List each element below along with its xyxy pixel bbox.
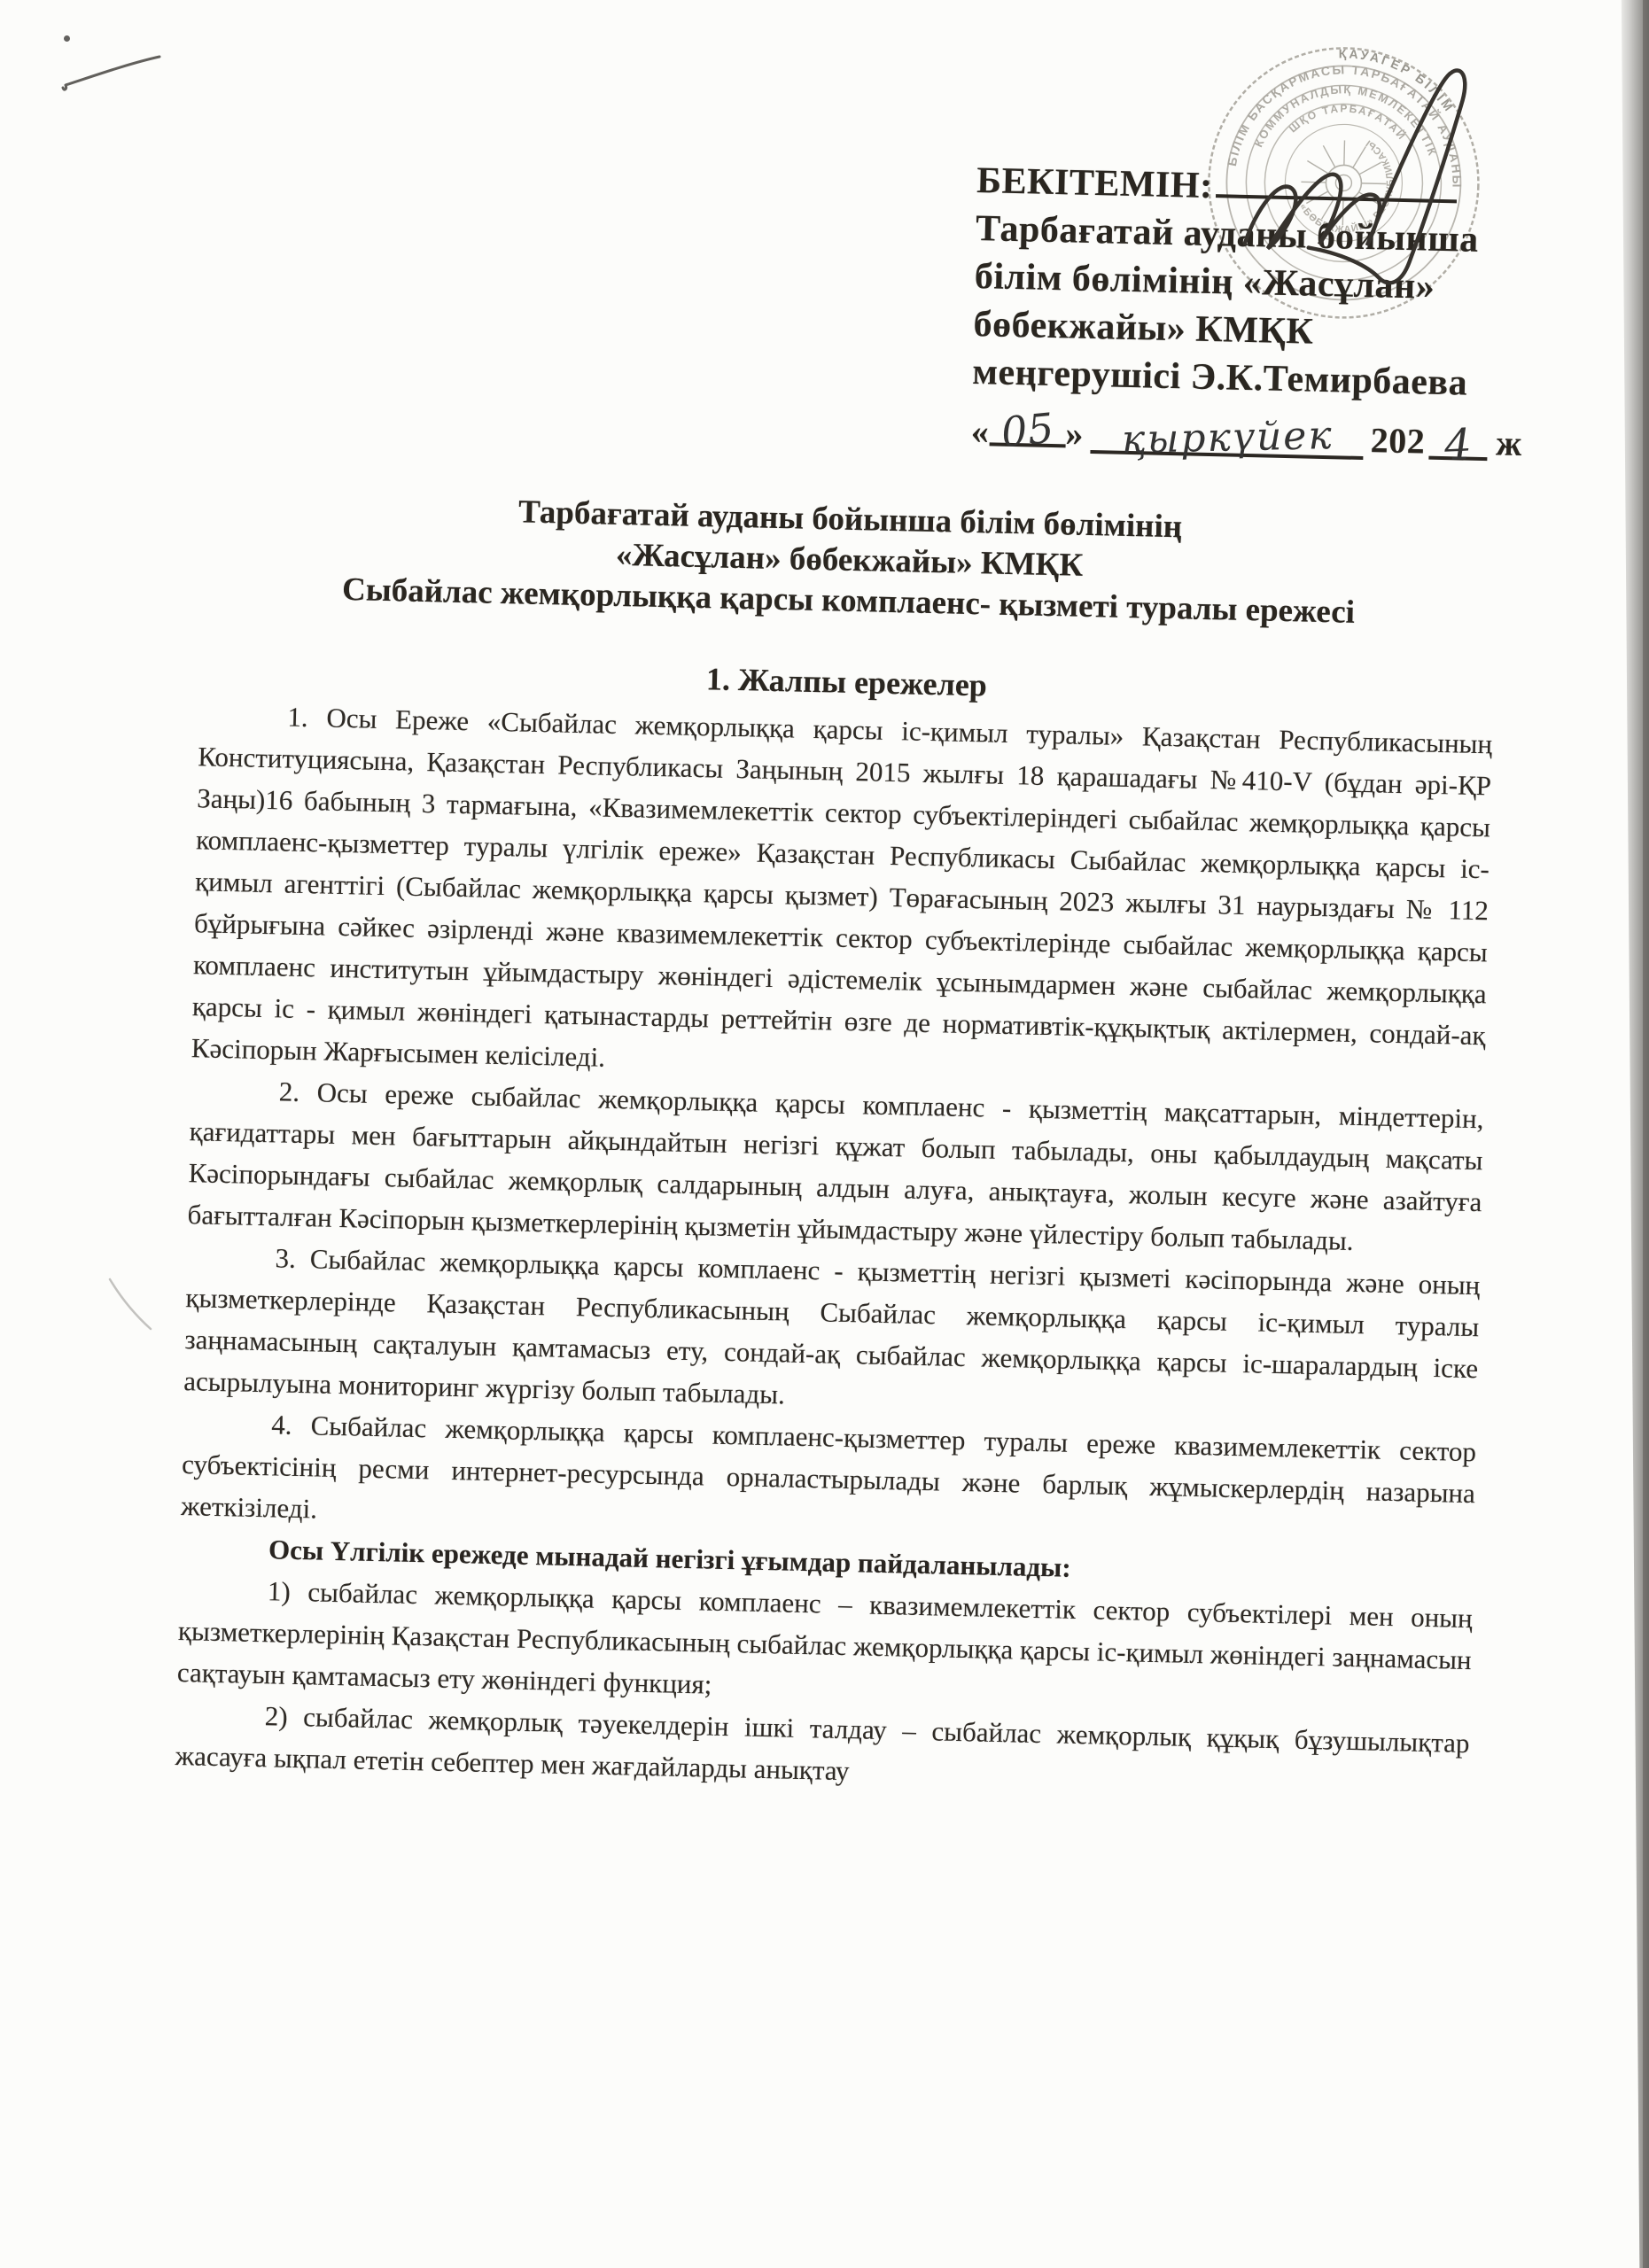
- approval-label: БЕКІТЕМІН:: [976, 160, 1213, 206]
- document-title: Тарбағатай ауданы бойынша білім бөліміні…: [201, 485, 1497, 636]
- quote-close: »: [1065, 413, 1085, 453]
- faint-pen-curve: [105, 1274, 158, 1336]
- handwritten-month: қыркүйек: [1090, 406, 1364, 460]
- document-content: ҚАУАГЕР БІЛІМ БІЛІМ БАСҚАРМАСЫ ТАРБАҒАТА…: [175, 100, 1506, 1806]
- handwritten-day: 05: [989, 401, 1066, 447]
- year-suffix: ж: [1496, 423, 1523, 463]
- signature-scribble: [1208, 61, 1512, 339]
- quote-open: «: [970, 411, 990, 451]
- paragraph-1: 1. Осы Ереже «Сыбайлас жемқорлыққа қарсы…: [191, 694, 1492, 1098]
- handwritten-year-digit: 4: [1428, 412, 1488, 461]
- paragraph-3: 3. Сыбайлас жемқорлыққа қарсы комплаенс …: [183, 1235, 1481, 1431]
- paragraph-2: 2. Осы ереже сыбайлас жемқорлыққа қарсы …: [187, 1068, 1484, 1264]
- pen-stroke-mark: [60, 51, 167, 96]
- scan-edge-line: [1643, 0, 1649, 2268]
- scan-ink-dot: [64, 35, 70, 42]
- year-printed: 202: [1370, 420, 1426, 461]
- document-body: 1. Осы Ереже «Сыбайлас жемқорлыққа қарсы…: [175, 694, 1492, 1806]
- approval-date-row: «05»қыркүйек2024ж: [970, 401, 1496, 470]
- scanned-document-page: ҚАУАГЕР БІЛІМ БІЛІМ БАСҚАРМАСЫ ТАРБАҒАТА…: [0, 0, 1649, 2268]
